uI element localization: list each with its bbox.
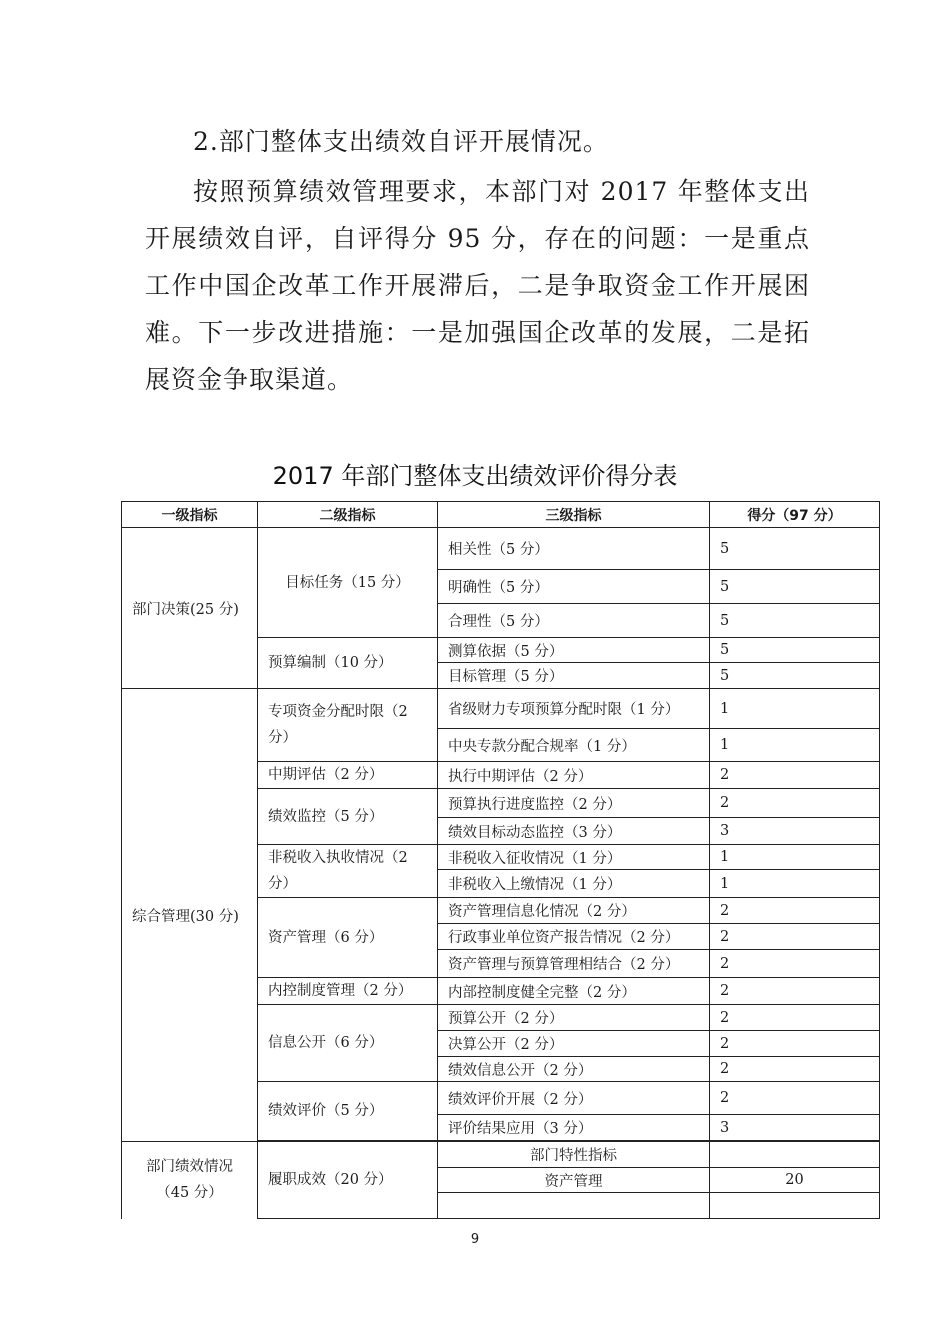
score-cell: 5 [710,528,880,570]
level3-cell: 内部控制度健全完整（2 分） [438,978,710,1005]
score-cell: 3 [710,1115,880,1141]
level3-cell: 部门特性指标 [438,1142,710,1168]
score-cell [710,1193,880,1219]
level3-cell: 非税收入征收情况（1 分） [438,845,710,870]
score-cell: 3 [710,818,880,845]
level2-cell: 专项资金分配时限（2 分） [258,689,438,762]
level3-cell: 资产管理信息化情况（2 分） [438,898,710,924]
score-cell: 1 [710,729,880,762]
level3-cell: 行政事业单位资产报告情况（2 分） [438,924,710,950]
score-cell: 20 [710,1168,880,1193]
header-level3: 三级指标 [438,502,710,528]
level3-cell: 相关性（5 分） [438,528,710,570]
table-row: 部门决策(25 分) 目标任务（15 分） 相关性（5 分） 5 [122,528,880,570]
level2-cell: 绩效监控（5 分） [258,789,438,845]
score-cell: 2 [710,950,880,978]
level2-cell: 资产管理（6 分） [258,898,438,978]
level3-cell: 资产管理 [438,1168,710,1193]
level2-cell: 绩效评价（5 分） [258,1082,438,1141]
level1-cell: 综合管理(30 分) [122,689,258,1142]
level2-cell: 信息公开（6 分） [258,1005,438,1082]
section-heading: 2.部门整体支出绩效自评开展情况。 [193,122,609,158]
score-cell: 5 [710,604,880,638]
level2-cell: 中期评估（2 分） [258,762,438,789]
score-cell: 2 [710,1082,880,1115]
level3-cell: 评价结果应用（3 分） [438,1115,710,1141]
level3-cell: 绩效评价开展（2 分） [438,1082,710,1115]
score-cell: 5 [710,638,880,663]
score-cell: 2 [710,1031,880,1057]
level1-cell: 部门决策(25 分) [122,528,258,689]
level3-cell: 目标管理（5 分） [438,663,710,689]
level2-cell: 内控制度管理（2 分） [258,978,438,1005]
score-cell: 1 [710,689,880,729]
score-cell: 2 [710,762,880,789]
level3-cell: 测算依据（5 分） [438,638,710,663]
table-row: 部门绩效情况（45 分） 履职成效（20 分） 部门特性指标 [122,1142,880,1168]
level3-cell: 预算公开（2 分） [438,1005,710,1031]
level3-cell: 中央专款分配合规率（1 分） [438,729,710,762]
score-cell: 2 [710,978,880,1005]
table-header-row: 一级指标 二级指标 三级指标 得分（97 分） [122,502,880,528]
header-score: 得分（97 分） [710,502,880,528]
level3-cell: 执行中期评估（2 分） [438,762,710,789]
level2-cell: 目标任务（15 分） [258,528,438,638]
level2-cell: 履职成效（20 分） [258,1142,438,1219]
level3-cell: 资产管理与预算管理相结合（2 分） [438,950,710,978]
score-table: 一级指标 二级指标 三级指标 得分（97 分） 部门决策(25 分) 目标任务（… [121,501,880,1219]
table-title: 2017 年部门整体支出绩效评价得分表 [0,456,950,491]
level3-cell: 省级财力专项预算分配时限（1 分） [438,689,710,729]
level3-cell: 预算执行进度监控（2 分） [438,789,710,818]
level3-cell: 绩效目标动态监控（3 分） [438,818,710,845]
header-level2: 二级指标 [258,502,438,528]
score-cell: 2 [710,898,880,924]
score-cell: 1 [710,845,880,870]
level3-cell: 决算公开（2 分） [438,1031,710,1057]
score-cell [710,1142,880,1168]
score-cell: 2 [710,1057,880,1082]
level1-cell: 部门绩效情况（45 分） [122,1142,258,1219]
level3-cell: 合理性（5 分） [438,604,710,638]
level2-cell: 预算编制（10 分） [258,638,438,689]
table-row: 综合管理(30 分) 专项资金分配时限（2 分） 省级财力专项预算分配时限（1 … [122,689,880,729]
level3-cell: 非税收入上缴情况（1 分） [438,870,710,898]
level3-cell: 明确性（5 分） [438,570,710,604]
score-cell: 2 [710,1005,880,1031]
score-cell: 5 [710,663,880,689]
score-cell: 5 [710,570,880,604]
score-cell: 2 [710,789,880,818]
header-level1: 一级指标 [122,502,258,528]
score-cell: 1 [710,870,880,898]
page-number: 9 [0,1232,950,1247]
section-paragraph: 按照预算绩效管理要求，本部门对 2017 年整体支出开展绩效自评，自评得分 95… [145,168,810,403]
level3-cell [438,1193,710,1219]
level3-cell: 绩效信息公开（2 分） [438,1057,710,1082]
score-cell: 2 [710,924,880,950]
level2-cell: 非税收入执收情况（2 分） [258,845,438,898]
